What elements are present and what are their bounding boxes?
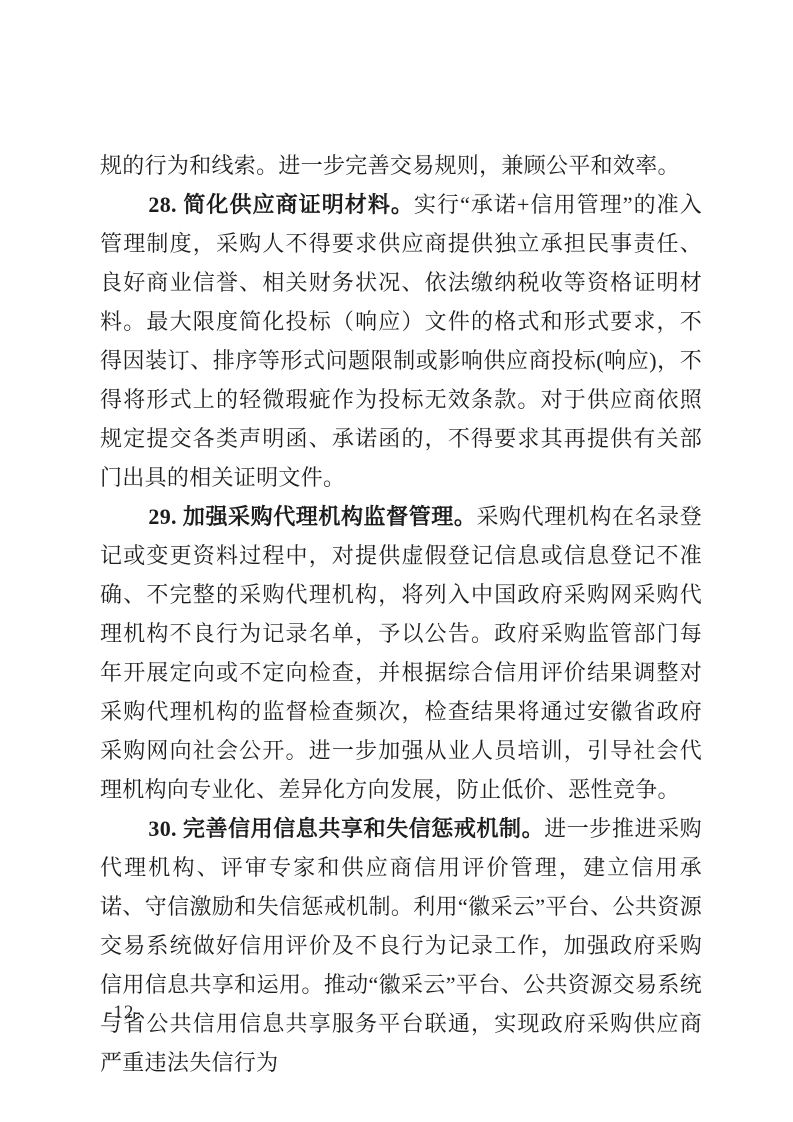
paragraph-item-29: 29. 加强采购代理机构监督管理。采购代理机构在名录登记或变更资料过程中，对提供… bbox=[100, 497, 702, 809]
item-28-body: 实行“承诺+信用管理”的准入管理制度，采购人不得要求供应商提供独立承担民事责任、… bbox=[100, 192, 702, 490]
item-30-body: 进一步推进采购代理机构、评审专家和供应商信用评价管理，建立信用承诺、守信激励和失… bbox=[100, 816, 702, 1075]
paragraph-continuation-text: 规的行为和线索。进一步完善交易规则，兼顾公平和效率。 bbox=[100, 153, 680, 178]
paragraph-item-28: 28. 简化供应商证明材料。实行“承诺+信用管理”的准入管理制度，采购人不得要求… bbox=[100, 185, 702, 497]
page-number: -12- bbox=[106, 1000, 142, 1026]
item-29-heading: 29. 加强采购代理机构监督管理。 bbox=[148, 504, 476, 529]
item-29-body: 采购代理机构在名录登记或变更资料过程中，对提供虚假登记信息或信息登记不准确、不完… bbox=[100, 504, 702, 802]
item-28-heading: 28. 简化供应商证明材料。 bbox=[148, 192, 414, 217]
item-30-heading: 30. 完善信用信息共享和失信惩戒机制。 bbox=[148, 816, 544, 841]
document-page: 规的行为和线索。进一步完善交易规则，兼顾公平和效率。 28. 简化供应商证明材料… bbox=[0, 0, 793, 1122]
paragraph-item-30: 30. 完善信用信息共享和失信惩戒机制。进一步推进采购代理机构、评审专家和供应商… bbox=[100, 809, 702, 1082]
paragraph-continuation: 规的行为和线索。进一步完善交易规则，兼顾公平和效率。 bbox=[100, 146, 702, 185]
